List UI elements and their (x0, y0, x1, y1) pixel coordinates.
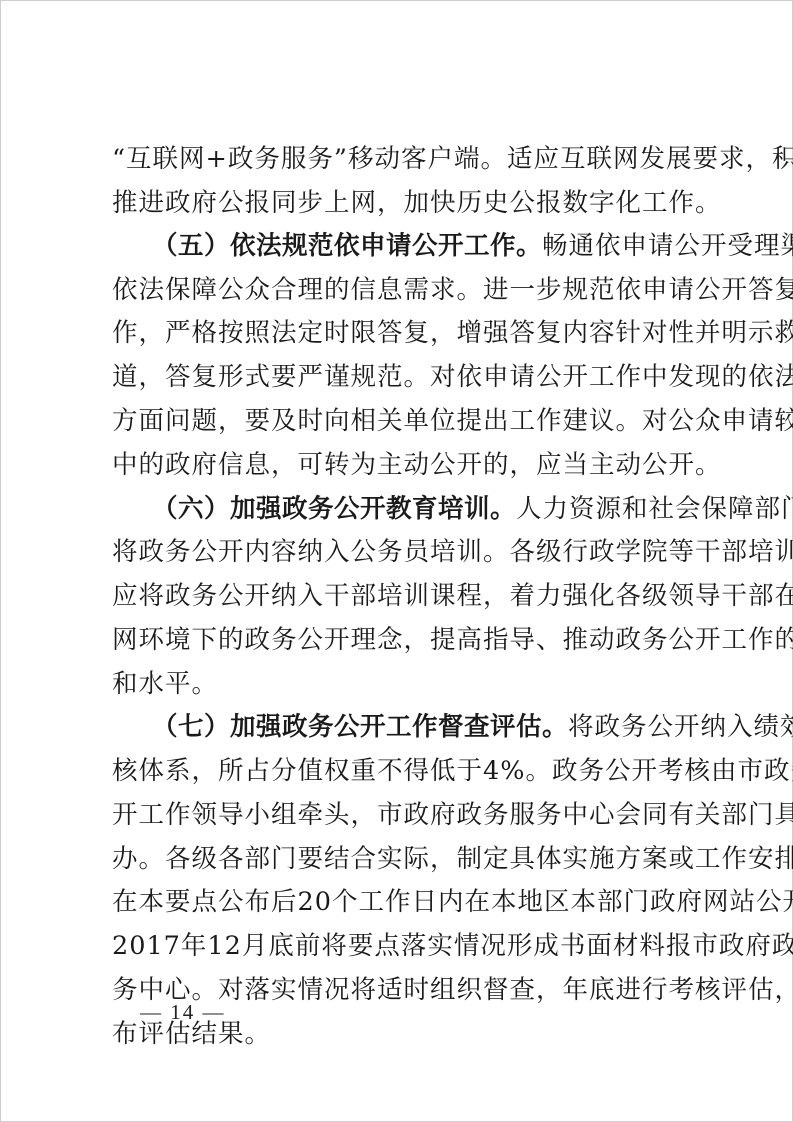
text-line: 核体系，所占分值权重不得低于4%。政务公开考核由市政务公 (112, 756, 696, 786)
text-line: 网环境下的政务公开理念，提高指导、推动政务公开工作的能力 (112, 625, 696, 655)
text-line: 依法保障公众合理的信息需求。进一步规范依申请公开答复工 (112, 275, 696, 305)
line-text: 依法保障公众合理的信息需求。进一步规范依申请公开答复工 (112, 275, 793, 305)
line-text: 核体系，所占分值权重不得低于4%。政务公开考核由市政务公 (112, 756, 793, 786)
text-line: 2017年12月底前将要点落实情况形成书面材料报市政府政务服 (112, 931, 696, 961)
line-text: 方面问题，要及时向相关单位提出工作建议。对公众申请较为集 (112, 406, 793, 436)
text-line: 和水平。 (112, 669, 696, 699)
line-text: 人力资源和社会保障部门要 (516, 494, 793, 524)
text-line: 道，答复形式要严谨规范。对依申请公开工作中发现的依法行政 (112, 362, 696, 392)
line-text: 网环境下的政务公开理念，提高指导、推动政务公开工作的能力 (112, 625, 793, 655)
line-text: 在本要点公布后20个工作日内在本地区本部门政府网站公开， (112, 887, 793, 917)
line-text: 2017年12月底前将要点落实情况形成书面材料报市政府政务服 (112, 931, 793, 961)
text-line: 方面问题，要及时向相关单位提出工作建议。对公众申请较为集 (112, 406, 696, 436)
line-text: 道，答复形式要严谨规范。对依申请公开工作中发现的依法行政 (112, 362, 793, 392)
line-text: 开工作领导小组牵头，市政府政务服务中心会同有关部门具体承 (112, 800, 793, 830)
text-line: “互联网+政务服务”移动客户端。适应互联网发展要求，积极 (112, 144, 696, 174)
line-text: “互联网+政务服务”移动客户端。适应互联网发展要求，积极 (112, 144, 793, 174)
text-line: 推进政府公报同步上网，加快历史公报数字化工作。 (112, 188, 696, 218)
text-line: 开工作领导小组牵头，市政府政务服务中心会同有关部门具体承 (112, 800, 696, 830)
text-line: 将政务公开内容纳入公务员培训。各级行政学院等干部培训院校 (112, 537, 696, 567)
section-heading: （七）加强政务公开工作督查评估。 (152, 712, 568, 742)
page-number: — 14 — (140, 1000, 226, 1025)
line-text: 将政务公开内容纳入公务员培训。各级行政学院等干部培训院校 (112, 537, 793, 567)
line-text: 应将政务公开纳入干部培训课程，着力强化各级领导干部在互联 (112, 581, 793, 611)
section-5-first-line: （五）依法规范依申请公开工作。畅通依申请公开受理渠道， (152, 231, 696, 261)
text-line: 中的政府信息，可转为主动公开的，应当主动公开。 (112, 450, 696, 480)
text-line: 在本要点公布后20个工作日内在本地区本部门政府网站公开， (112, 887, 696, 917)
line-text: 和水平。 (112, 669, 218, 699)
text-line: 应将政务公开纳入干部培训课程，着力强化各级领导干部在互联 (112, 581, 696, 611)
section-7-first-line: （七）加强政务公开工作督查评估。将政务公开纳入绩效考 (152, 712, 696, 742)
line-text: 将政务公开纳入绩效考 (568, 712, 793, 742)
section-6-first-line: （六）加强政务公开教育培训。人力资源和社会保障部门要 (152, 494, 696, 524)
text-line: 办。各级各部门要结合实际，制定具体实施方案或工作安排，并 (112, 844, 696, 874)
line-text: 中的政府信息，可转为主动公开的，应当主动公开。 (112, 450, 722, 480)
line-text: 办。各级各部门要结合实际，制定具体实施方案或工作安排，并 (112, 844, 793, 874)
text-line: 作，严格按照法定时限答复，增强答复内容针对性并明示救济渠 (112, 318, 696, 348)
line-text: 畅通依申请公开受理渠道， (542, 231, 793, 261)
section-heading: （五）依法规范依申请公开工作。 (152, 231, 542, 261)
section-heading: （六）加强政务公开教育培训。 (152, 494, 516, 524)
line-text: 作，严格按照法定时限答复，增强答复内容针对性并明示救济渠 (112, 318, 793, 348)
line-text: 推进政府公报同步上网，加快历史公报数字化工作。 (112, 188, 722, 218)
